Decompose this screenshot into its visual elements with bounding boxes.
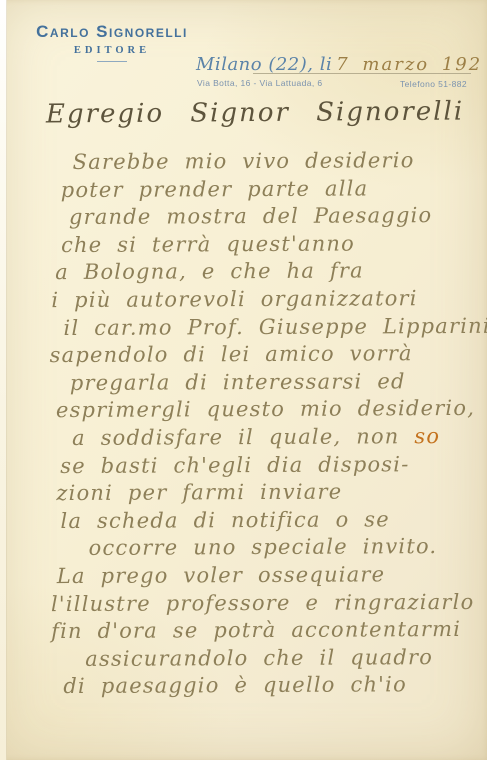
handwritten-lines: Sarebbe mio vivo desideriopoter prender … <box>43 148 482 702</box>
handwritten-line: esprimergli questo mio desiderio, <box>56 396 480 426</box>
handwritten-text: sapendolo di lei amico vorrà <box>50 341 413 367</box>
handwritten-text: poter prender parte alla <box>61 176 369 202</box>
handwritten-text: pregarla di interessarsi ed <box>70 369 406 395</box>
handwritten-line: La prego voler ossequiare <box>57 562 481 592</box>
handwritten-line: i più autorevoli organizzatori <box>51 286 479 316</box>
handwritten-text: di paesaggio è quello ch'io <box>63 673 407 699</box>
handwritten-text: La prego voler ossequiare <box>57 562 386 588</box>
handwritten-text: che si terrà quest'anno <box>61 231 355 257</box>
handwritten-line: assicurandolo che il quadro <box>85 645 481 675</box>
letterhead-rule <box>97 61 127 62</box>
handwritten-text: grande mostra del Paesaggio <box>69 203 433 229</box>
handwritten-line: se basti ch'egli dia disposi- <box>60 451 480 481</box>
date-rule <box>253 73 471 74</box>
handwritten-text: occorre uno speciale invito. <box>89 534 438 560</box>
city-printed: Milano (22), li <box>196 54 332 75</box>
letter-page: Carlo Signorelli EDITORE Milano (22), li… <box>0 0 487 760</box>
salutation: Egregio Signor Signorelli <box>46 97 464 130</box>
street-address: Via Botta, 16 - Via Lattuada, 6 <box>197 78 323 88</box>
handwritten-line: di paesaggio è quello ch'io <box>63 672 481 702</box>
handwritten-text: la scheda di notifica o se <box>60 507 389 533</box>
handwritten-line: pregarla di interessarsi ed <box>70 369 480 399</box>
handwritten-line: Sarebbe mio vivo desiderio <box>73 148 479 178</box>
accent-word: so <box>399 424 440 448</box>
handwritten-line: zioni per farmi inviare <box>56 479 480 509</box>
handwritten-text: i più autorevoli organizzatori <box>51 286 417 312</box>
handwritten-line: a Bologna, e che ha fra <box>55 258 479 288</box>
handwritten-date: 7 marzo 192 <box>336 54 482 75</box>
publisher-role: EDITORE <box>28 45 196 56</box>
handwritten-line: che si terrà quest'anno <box>61 231 479 261</box>
handwritten-line: grande mostra del Paesaggio <box>69 203 479 233</box>
handwritten-line: fin d'ora se potrà accontentarmi <box>51 617 481 647</box>
handwritten-text: zioni per farmi inviare <box>56 480 342 505</box>
handwritten-text: l'illustre professore e ringraziarlo <box>51 589 475 615</box>
handwritten-text: a Bologna, e che ha fra <box>55 259 364 285</box>
handwritten-line: sapendolo di lei amico vorrà <box>50 341 480 371</box>
publisher-name: Carlo Signorelli <box>28 22 196 42</box>
handwritten-text: il car.mo Prof. Giuseppe Lipparini <box>63 313 487 339</box>
handwritten-line: occorre uno speciale invito. <box>89 534 481 564</box>
handwritten-line: poter prender parte alla <box>61 175 479 205</box>
handwritten-line: la scheda di notifica o se <box>60 507 480 537</box>
dateline: Milano (22), li7 marzo 1927 <box>196 46 480 77</box>
publisher-block: Carlo Signorelli EDITORE <box>28 22 196 62</box>
phone-number: Telefono 51-882 <box>400 79 467 89</box>
handwritten-text: assicurandolo che il quadro <box>85 645 433 671</box>
handwritten-text: a soddisfare il quale, non <box>72 424 400 450</box>
scan-edge <box>0 0 7 760</box>
handwritten-text: se basti ch'egli dia disposi- <box>60 452 409 478</box>
handwritten-text: esprimergli questo mio desiderio, <box>56 396 475 422</box>
handwritten-line: a soddisfare il quale, non so <box>72 424 480 454</box>
handwritten-text: Sarebbe mio vivo desiderio <box>73 148 415 174</box>
handwritten-line: l'illustre professore e ringraziarlo <box>51 589 481 619</box>
handwritten-text: fin d'ora se potrà accontentarmi <box>51 617 461 643</box>
handwritten-line: il car.mo Prof. Giuseppe Lipparini <box>63 313 479 343</box>
